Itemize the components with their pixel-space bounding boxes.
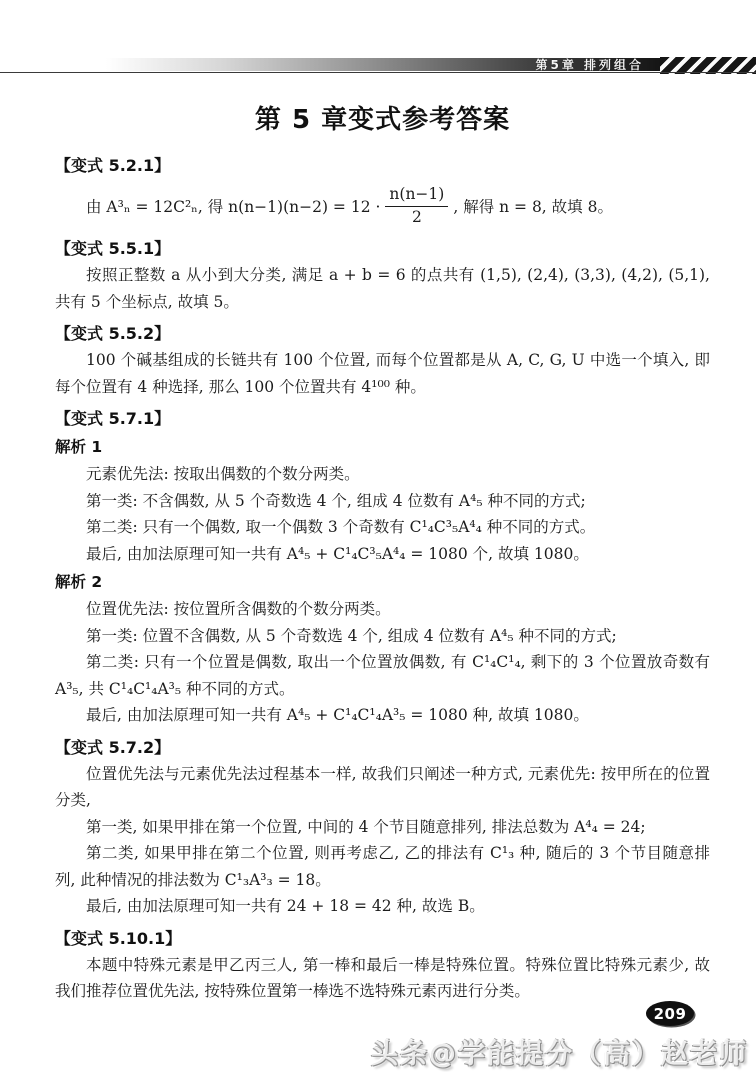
- paragraph: 最后, 由加法原理可知一共有 A⁴₅ + C¹₄C¹₄A³₅ = 1080 种,…: [55, 702, 710, 729]
- section-heading: 【变式 5.5.1】: [55, 235, 710, 262]
- section-5-5-1: 【变式 5.5.1】 按照正整数 a 从小到大分类, 满足 a + b = 6 …: [55, 235, 710, 315]
- content-column: 第 5 章变式参考答案 【变式 5.2.1】 由 A³ₙ = 12C²ₙ, 得 …: [55, 75, 710, 1005]
- paragraph: 元素优先法: 按取出偶数的个数分两类。: [55, 461, 710, 488]
- section-heading: 【变式 5.2.1】: [55, 152, 710, 179]
- section-5-7-2: 【变式 5.7.2】 位置优先法与元素优先法过程基本一样, 故我们只阐述一种方式…: [55, 734, 710, 920]
- subsection-label: 解析 1: [55, 434, 710, 461]
- formula-prefix: 由 A³ₙ = 12C²ₙ, 得 n(n−1)(n−2) = 12 ·: [86, 195, 380, 217]
- paragraph: 位置优先法: 按位置所含偶数的个数分两类。: [55, 596, 710, 623]
- paragraph: 第一类, 如果甲排在第一个位置, 中间的 4 个节目随意排列, 排法总数为 A⁴…: [55, 814, 710, 841]
- paragraph: 100 个碱基组成的长链共有 100 个位置, 而每个位置都是从 A, C, G…: [55, 347, 710, 400]
- section-5-10-1: 【变式 5.10.1】 本题中特殊元素是甲乙丙三人, 第一棒和最后一棒是特殊位置…: [55, 925, 710, 1005]
- fraction-numerator: n(n−1): [385, 185, 448, 206]
- header-rule: [0, 72, 756, 73]
- section-heading: 【变式 5.7.1】: [55, 405, 710, 432]
- fraction-denominator: 2: [385, 207, 448, 227]
- document-page: 第5章 排列组合 第 5 章变式参考答案 【变式 5.2.1】 由 A³ₙ = …: [0, 0, 756, 1072]
- paragraph: 本题中特殊元素是甲乙丙三人, 第一棒和最后一棒是特殊位置。特殊位置比特殊元素少,…: [55, 952, 710, 1005]
- section-5-7-1: 【变式 5.7.1】 解析 1 元素优先法: 按取出偶数的个数分两类。 第一类:…: [55, 405, 710, 729]
- fraction: n(n−1) 2: [385, 185, 448, 227]
- paragraph: 最后, 由加法原理可知一共有 A⁴₅ + C¹₄C³₅A⁴₄ = 1080 个,…: [55, 541, 710, 568]
- formula-line: 由 A³ₙ = 12C²ₙ, 得 n(n−1)(n−2) = 12 · n(n−…: [55, 183, 710, 229]
- page-title: 第 5 章变式参考答案: [55, 75, 710, 136]
- chapter-label: 第5章 排列组合: [535, 56, 644, 73]
- formula-suffix: , 解得 n = 8, 故填 8。: [453, 195, 613, 217]
- paragraph: 最后, 由加法原理可知一共有 24 + 18 = 42 种, 故选 B。: [55, 893, 710, 920]
- section-heading: 【变式 5.10.1】: [55, 925, 710, 952]
- watermark: 头条@学能提分（高）赵老师: [371, 1032, 748, 1071]
- page-header: 第5章 排列组合: [0, 57, 756, 77]
- paragraph: 按照正整数 a 从小到大分类, 满足 a + b = 6 的点共有 (1,5),…: [55, 262, 710, 315]
- section-5-5-2: 【变式 5.5.2】 100 个碱基组成的长链共有 100 个位置, 而每个位置…: [55, 320, 710, 400]
- subsection-analysis-1: 解析 1 元素优先法: 按取出偶数的个数分两类。 第一类: 不含偶数, 从 5 …: [55, 434, 710, 567]
- paragraph: 第二类: 只有一个偶数, 取一个偶数 3 个奇数有 C¹₄C³₅A⁴₄ 种不同的…: [55, 514, 710, 541]
- header-gradient-band: 第5章 排列组合: [0, 58, 660, 71]
- subsection-label: 解析 2: [55, 569, 710, 596]
- page-number: 209: [654, 1005, 687, 1023]
- paragraph: 位置优先法与元素优先法过程基本一样, 故我们只阐述一种方式, 元素优先: 按甲所…: [55, 761, 710, 814]
- page-number-badge: 209: [646, 1001, 694, 1026]
- paragraph: 第一类: 位置不含偶数, 从 5 个奇数选 4 个, 组成 4 位数有 A⁴₅ …: [55, 623, 710, 650]
- paragraph: 第二类, 如果甲排在第二个位置, 则再考虑乙, 乙的排法有 C¹₃ 种, 随后的…: [55, 840, 710, 893]
- paragraph: 第二类: 只有一个位置是偶数, 取出一个位置放偶数, 有 C¹₄C¹₄, 剩下的…: [55, 649, 710, 702]
- paragraph: 第一类: 不含偶数, 从 5 个奇数选 4 个, 组成 4 位数有 A⁴₅ 种不…: [55, 488, 710, 515]
- section-heading: 【变式 5.5.2】: [55, 320, 710, 347]
- subsection-analysis-2: 解析 2 位置优先法: 按位置所含偶数的个数分两类。 第一类: 位置不含偶数, …: [55, 569, 710, 729]
- section-heading: 【变式 5.7.2】: [55, 734, 710, 761]
- section-5-2-1: 【变式 5.2.1】 由 A³ₙ = 12C²ₙ, 得 n(n−1)(n−2) …: [55, 152, 710, 229]
